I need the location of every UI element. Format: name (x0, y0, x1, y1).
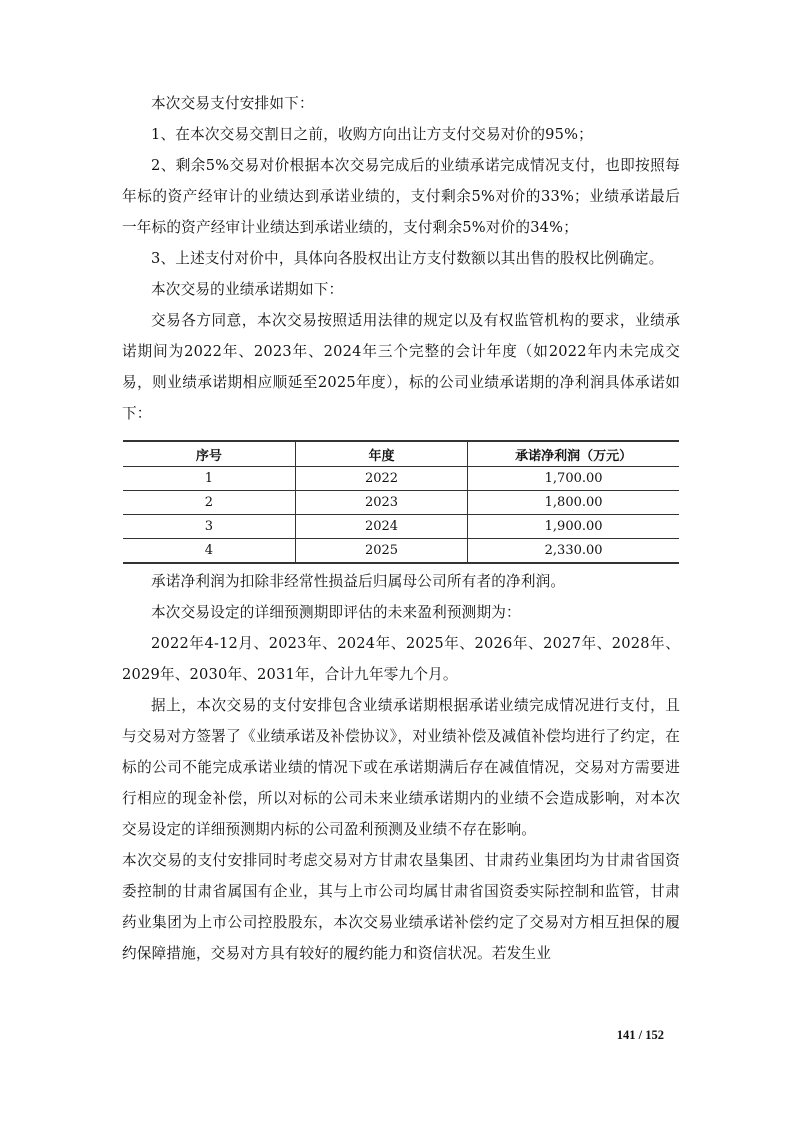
column-header-index: 序号 (123, 441, 295, 467)
table-row: 2 2023 1,800.00 (123, 491, 679, 515)
cell-net-profit: 1,900.00 (468, 515, 679, 539)
paragraph-payment-intro: 本次交易支付安排如下： (122, 88, 680, 119)
cell-net-profit: 2,330.00 (468, 539, 679, 564)
table-row: 3 2024 1,900.00 (123, 515, 679, 539)
cell-year: 2023 (295, 491, 467, 515)
table-row: 4 2025 2,330.00 (123, 539, 679, 564)
page-number: 141 / 152 (617, 1028, 664, 1043)
cell-index: 3 (123, 515, 295, 539)
cell-index: 1 (123, 467, 295, 491)
payment-arrangement-section: 本次交易支付安排如下： 1、在本次交易交割日之前，收购方向出让方支付交易对价的9… (122, 88, 680, 429)
table-row: 1 2022 1,700.00 (123, 467, 679, 491)
document-page: 本次交易支付安排如下： 1、在本次交易交割日之前，收购方向出让方支付交易对价的9… (122, 88, 680, 969)
paragraph-commitment-terms: 交易各方同意，本次交易按照适用法律的规定以及有权监管机构的要求，业绩承诺期间为2… (122, 305, 680, 429)
forecast-section: 承诺净利润为扣除非经常性损益后归属母公司所有者的净利润。 本次交易设定的详细预测… (122, 566, 680, 969)
profit-commitment-table: 序号 年度 承诺净利润（万元） 1 2022 1,700.00 2 2023 1… (123, 440, 679, 564)
column-header-year: 年度 (295, 441, 467, 467)
column-header-net-profit: 承诺净利润（万元） (468, 441, 679, 467)
paragraph-conclusion: 据上，本次交易的支付安排包含业绩承诺期根据承诺业绩完成情况进行支付，且与交易对方… (122, 690, 680, 845)
cell-index: 4 (123, 539, 295, 564)
paragraph-net-profit-definition: 承诺净利润为扣除非经常性损益后归属母公司所有者的净利润。 (122, 566, 680, 597)
paragraph-counterparty-guarantee: 本次交易的支付安排同时考虑交易对方甘肃农垦集团、甘肃药业集团均为甘肃省国资委控制… (122, 845, 680, 969)
cell-net-profit: 1,700.00 (468, 467, 679, 491)
paragraph-payment-item-2: 2、剩余5%交易对价根据本次交易完成后的业绩承诺完成情况支付，也即按照每年标的资… (122, 150, 680, 243)
cell-year: 2022 (295, 467, 467, 491)
paragraph-forecast-period-intro: 本次交易设定的详细预测期即评估的未来盈利预测期为： (122, 597, 680, 628)
cell-index: 2 (123, 491, 295, 515)
paragraph-commitment-intro: 本次交易的业绩承诺期如下： (122, 274, 680, 305)
paragraph-payment-item-3: 3、上述支付对价中，具体向各股权出让方支付数额以其出售的股权比例确定。 (122, 243, 680, 274)
cell-year: 2025 (295, 539, 467, 564)
cell-year: 2024 (295, 515, 467, 539)
paragraph-forecast-period-list: 2022年4-12月、2023年、2024年、2025年、2026年、2027年… (122, 628, 680, 690)
paragraph-payment-item-1: 1、在本次交易交割日之前，收购方向出让方支付交易对价的95%； (122, 119, 680, 150)
cell-net-profit: 1,800.00 (468, 491, 679, 515)
table-header-row: 序号 年度 承诺净利润（万元） (123, 441, 679, 467)
